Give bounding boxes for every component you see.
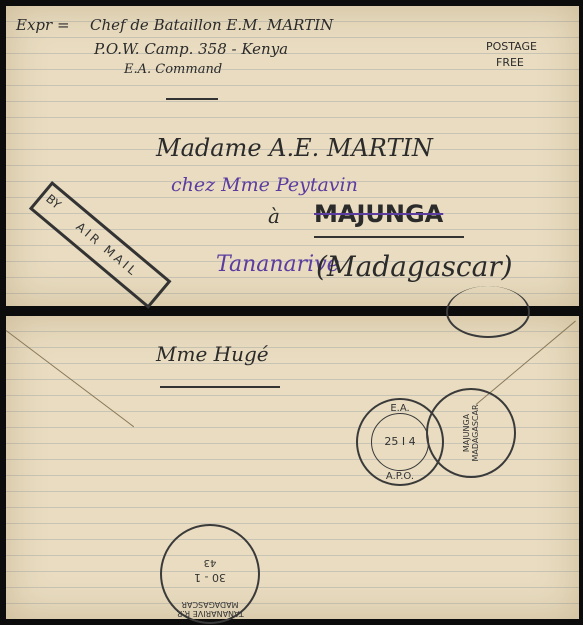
postmark-majunga: MAJUNGA MADAGASCAR (426, 388, 516, 478)
postmark-tananarive: TANANARIVE R.P. MADAGASCAR 30 - 1 43 (160, 524, 260, 624)
underline (166, 98, 218, 100)
airmail-label-box: BY AIR MAIL (29, 181, 172, 309)
envelope-back: Mme Hugé E.A. 25 I 4 A.P.O. MAJUNGA MADA… (6, 316, 579, 619)
sender-camp: P.O.W. Camp. 358 - Kenya (94, 40, 288, 58)
postage-line2: FREE (496, 56, 524, 69)
envelope-front: Expr = Chef de Bataillon E.M. MARTIN P.O… (6, 6, 579, 306)
postmark-fragment (446, 286, 530, 338)
postage-line1: POSTAGE (486, 40, 537, 53)
airmail-text: AIR MAIL (73, 220, 141, 280)
country: (Madagascar) (316, 250, 513, 283)
sender-command: E.A. Command (124, 62, 222, 77)
care-of: chez Mme Peytavin (171, 174, 358, 196)
sender-prefix: Expr = (16, 16, 70, 34)
back-note: Mme Hugé (156, 342, 269, 366)
crossed-city: MAJUNGA (314, 200, 443, 228)
a-preposition: à (268, 204, 280, 228)
addressee: Madame A.E. MARTIN (156, 134, 433, 162)
city-underline (314, 236, 464, 238)
sender-name: Chef de Bataillon E.M. MARTIN (90, 16, 333, 34)
note-underline (160, 386, 280, 388)
flap-left (6, 330, 134, 427)
airmail-by: BY (43, 192, 63, 212)
